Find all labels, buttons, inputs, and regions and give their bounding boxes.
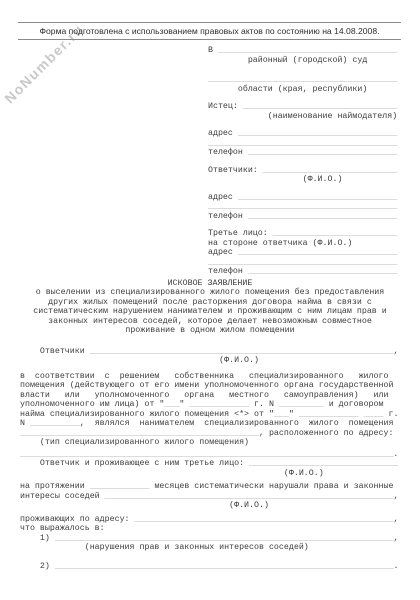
violation-item-2: 2) _____________________________________…: [20, 562, 400, 572]
text-line: области (края, республики): [208, 85, 398, 95]
text-line: (Ф.И.О.): [208, 175, 398, 185]
text-line: адрес ________________________________: [208, 248, 398, 258]
text-line: (тип специализированного жилого помещени…: [20, 438, 400, 448]
court-name-field: В ____________________________________ р…: [208, 46, 398, 65]
text-line: телефон ______________________________: [208, 267, 398, 277]
text-line: Ответчик и проживающее с ним третье лицо…: [20, 459, 400, 469]
document-subtitle: о выселении из специализированного жилог…: [20, 288, 400, 336]
text-line: законных интересов соседей, которое дела…: [20, 317, 400, 327]
blank-field-line: ________________________________: [238, 193, 397, 202]
blank-field-line: ________________________________: [238, 129, 397, 138]
text-line: районный (городской) суд: [208, 56, 398, 66]
text-line: (нарушения прав и законных интересов сос…: [20, 543, 400, 553]
blank-field-line: ____________: [189, 400, 249, 409]
lease-basis-paragraph: в соответствии с решением собственника с…: [20, 372, 400, 448]
blank-field-line: ___: [274, 410, 289, 419]
blank-field-line: ________________________________: [238, 248, 397, 257]
text-line: адрес ________________________________: [208, 193, 398, 203]
blank-field-line: ______________________________________: [208, 202, 397, 211]
text-line: Истец: _______________________________: [208, 102, 398, 112]
blank-field-line: ____________: [90, 482, 150, 491]
violation-duration-lines: на протяжении ____________ месяцев систе…: [20, 482, 400, 511]
violation-item-1: 1) _____________________________________…: [20, 534, 400, 553]
defendants-field: Ответчики: ___________________________ (…: [208, 166, 398, 185]
blank-field-line: ____: [364, 410, 384, 419]
region-field: ______________________________________ о…: [208, 75, 398, 94]
text-line: что выражалось в:: [20, 524, 400, 534]
blank-field-line: _______________________________: [243, 102, 397, 111]
text-line: найма специализированного жилого помещен…: [20, 410, 400, 420]
text-line: ________________________________________…: [20, 450, 400, 460]
third-party-fields: Третье лицо: _________________________на…: [208, 229, 398, 277]
blank-field-line: ___: [164, 400, 179, 409]
header-note: Форма подготовлена с использованием прав…: [18, 22, 401, 40]
text-line: (Ф.И.О.): [20, 469, 400, 479]
text-line: ______________________________________: [208, 139, 398, 149]
text-line: на протяжении ____________ месяцев систе…: [20, 482, 400, 492]
defendants-contact-fields: адрес __________________________________…: [208, 193, 398, 222]
premises-address-and-third-party-lines: ________________________________________…: [20, 450, 400, 479]
text-line: 1) _____________________________________…: [20, 534, 400, 544]
blank-field-line: ___________________________: [263, 166, 397, 175]
text-line: помещения (действующего от его имени упо…: [20, 381, 400, 391]
document-title: ИСКОВОЕ ЗАЯВЛЕНИЕ: [20, 279, 400, 289]
blank-field-line: ______________________________: [249, 459, 398, 468]
text-line: Третье лицо: _________________________: [208, 229, 398, 239]
blank-field-line: ________________________________________…: [135, 515, 394, 524]
text-line: систематическим нарушением нанимателем и…: [20, 307, 400, 317]
blank-field-line: ______________________________________: [208, 139, 397, 148]
document-content: В ____________________________________ р…: [20, 46, 400, 571]
plaintiff-contact-fields: адрес __________________________________…: [208, 129, 398, 158]
plaintiff-field: Истец: _______________________________ (…: [208, 102, 398, 121]
text-line: ________________________________________…: [20, 429, 400, 439]
text-line: ______________________________________: [208, 258, 398, 268]
blank-field-line: ________________________________________…: [20, 429, 259, 438]
neighbors-address-lines: проживающих по адресу: _________________…: [20, 515, 400, 534]
text-line: телефон ______________________________: [208, 212, 398, 222]
text-line: власти или уполномоченного органа местно…: [20, 391, 400, 401]
text-line: в соответствии с решением собственника с…: [20, 372, 400, 382]
blank-field-line: ______________________________: [248, 267, 397, 276]
text-line: проживающих по адресу: _________________…: [20, 515, 400, 525]
text-line: В ____________________________________: [208, 46, 398, 56]
text-line: Ответчики: ___________________________: [208, 166, 398, 176]
blank-field-line: ______________________________: [248, 148, 397, 157]
text-line: телефон ______________________________: [208, 148, 398, 158]
text-line: ______________________________________: [208, 75, 398, 85]
text-line: адрес ________________________________: [208, 129, 398, 139]
blank-field-line: ________________________________________…: [105, 492, 394, 501]
text-line: ______________________________________: [208, 202, 398, 212]
blank-field-line: ______________________________: [248, 212, 397, 221]
document-page: NoNumber.ru Форма подготовлена с использ…: [0, 0, 420, 600]
text-line: 2) _____________________________________…: [20, 562, 400, 572]
text-line: интересы соседей _______________________…: [20, 492, 400, 502]
blank-field-line: ______________________________________: [208, 75, 397, 84]
blank-field-line: ____________: [299, 410, 359, 419]
blank-field-line: _________________________: [273, 229, 397, 238]
text-line: (Ф.И.О.): [20, 356, 400, 366]
text-line: N __________, являлся нанимателем специа…: [20, 419, 400, 429]
defendants-name-line: Ответчики ______________________________…: [20, 347, 400, 366]
text-line: уполномоченного им лица) от "___" ______…: [20, 400, 400, 410]
blank-field-line: ________________________________________…: [55, 534, 394, 543]
blank-field-line: ____________________________________: [218, 46, 397, 55]
blank-field-line: ________________________________________…: [55, 562, 394, 571]
text-line: (наименование наймодателя): [208, 112, 398, 122]
blank-field-line: ________________________________________…: [90, 347, 394, 356]
text-line: Ответчики ______________________________…: [20, 347, 400, 357]
blank-field-line: __________: [30, 419, 80, 428]
blank-field-line: ______________________________________: [208, 258, 397, 267]
text-line: других жилых помещений после расторжения…: [20, 298, 400, 308]
text-line: на стороне ответчика (Ф.И.О.): [208, 239, 398, 249]
court-address-block: В ____________________________________ р…: [208, 46, 398, 277]
text-line: проживание в одном жилом помещении: [20, 326, 400, 336]
text-line: (Ф.И.О.): [20, 501, 400, 511]
text-line: о выселении из специализированного жилог…: [20, 288, 400, 298]
blank-field-line: ________________________________________…: [20, 450, 393, 459]
blank-field-line: _________: [279, 400, 324, 409]
